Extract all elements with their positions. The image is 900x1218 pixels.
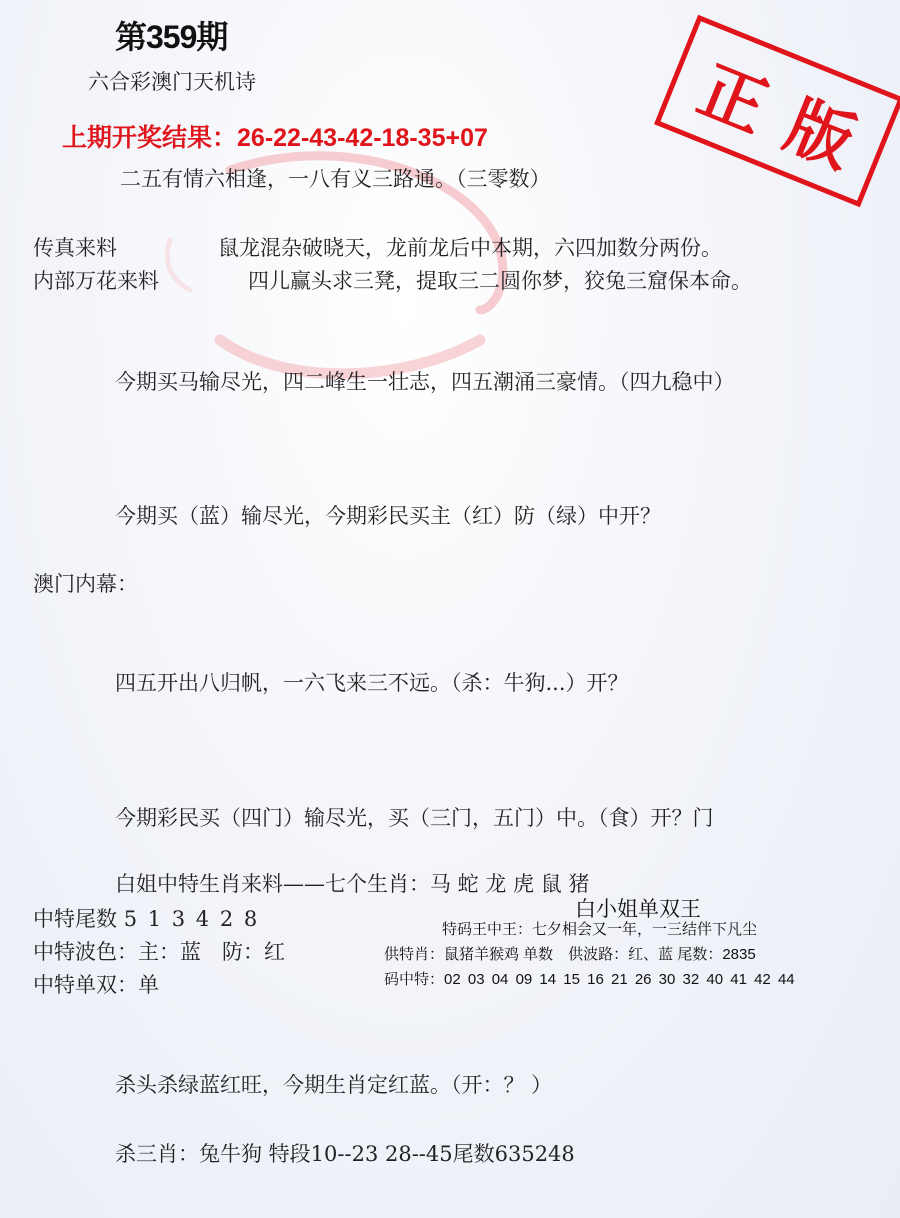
- special-tail-values: 5 1 3 4 2 8: [124, 907, 260, 931]
- code-label: 码中特：: [384, 971, 444, 988]
- source-text-fax: 鼠龙混杂破晓天，龙前龙后中本期，六四加数分两份。: [218, 232, 722, 262]
- baixiaojie-line-3: 码中特：02 03 04 09 14 15 16 21 26 30 32 40 …: [384, 968, 795, 989]
- special-wave: 中特波色：主：蓝 防：红: [33, 936, 285, 966]
- baixiaojie-line-2: 供特肖：鼠猪羊猴鸡 单数 供波路：红、蓝 尾数：2835: [384, 943, 756, 964]
- issue-title: 第359期: [115, 12, 227, 58]
- code-numbers: 02 03 04 09 14 15 16 21 26 30 32 40 41 4…: [444, 971, 795, 988]
- source-text-internal: 四儿赢头求三凳，提取三二圆你梦，狡兔三窟保本命。: [248, 265, 752, 295]
- stamp-char-1: 正: [687, 37, 784, 150]
- special-tail-label: 中特尾数: [33, 907, 117, 931]
- special-odd-even: 中特单双：单: [33, 969, 159, 999]
- page-subtitle: 六合彩澳门天机诗: [88, 66, 256, 96]
- authentic-stamp: 正 版: [654, 15, 900, 208]
- source-label-fax: 传真来料: [33, 232, 117, 262]
- special-tail: 中特尾数 5 1 3 4 2 8: [33, 903, 259, 933]
- tip-color: 今期买（蓝）输尽光，今期彩民买主（红）防（绿）中开？: [115, 500, 661, 530]
- baixiaojie-line-1: 特码王中王：七夕相会又一年，一三结伴下凡尘: [442, 918, 757, 939]
- poem-line: 二五有情六相逢，一八有义三路通。（三零数）: [120, 163, 551, 193]
- kill-head-line: 杀头杀绿蓝红旺，今期生肖定红蓝。（开：？ ）: [115, 1069, 552, 1099]
- kill-three-line: 杀三肖：兔牛狗 特段10--23 28--45尾数635248: [115, 1138, 575, 1168]
- tip-doors: 今期彩民买（四门）输尽光，买（三门，五门）中。（食）开？门: [115, 802, 714, 832]
- last-result-label: 上期开奖结果：: [62, 124, 237, 152]
- last-result-numbers: 26-22-43-42-18-35+07: [237, 124, 488, 152]
- tip-zodiac: 白姐中特生肖来料——七个生肖：马 蛇 龙 虎 鼠 猪: [115, 868, 589, 898]
- tip-macau: 四五开出八归帆，一六飞来三不远。（杀：牛狗...）开？: [115, 667, 629, 697]
- source-label-internal: 内部万花来料: [33, 265, 159, 295]
- macau-inside-label: 澳门内幕：: [33, 568, 138, 598]
- stamp-char-2: 版: [774, 72, 871, 185]
- tip-horse: 今期买马输尽光，四二峰生一壮志，四五潮涌三豪情。（四九稳中）: [115, 366, 735, 396]
- last-result: 上期开奖结果：26-22-43-42-18-35+07: [62, 118, 488, 154]
